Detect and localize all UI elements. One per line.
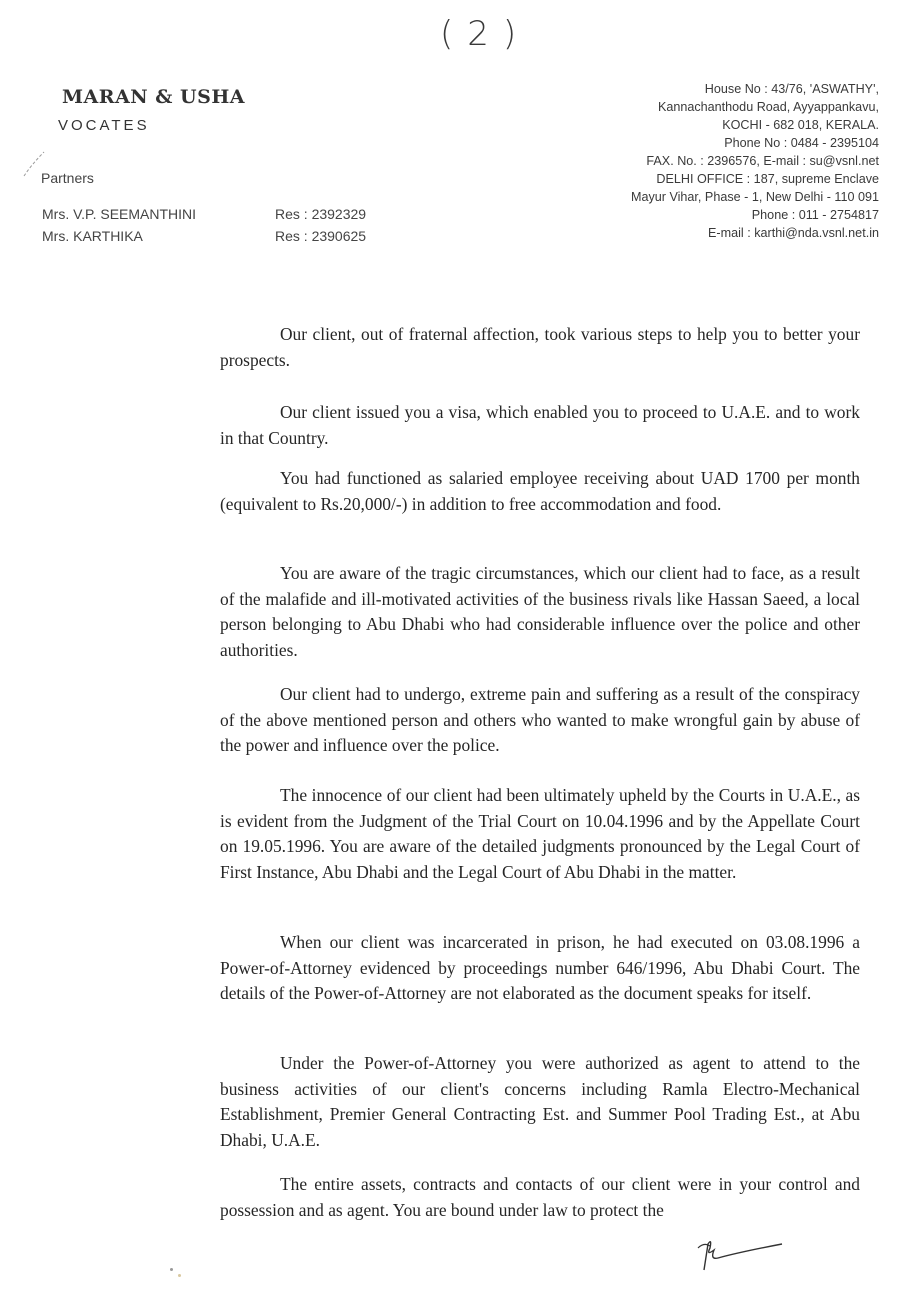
body-paragraph: Our client had to undergo, extreme pain …	[220, 682, 860, 759]
delhi-office-line: DELHI OFFICE : 187, supreme Enclave	[631, 170, 879, 188]
phone-line: Phone No : 0484 - 2395104	[631, 134, 879, 152]
firm-subtitle: VOCATES	[58, 117, 150, 134]
email-line: E-mail : karthi@nda.vsnl.net.in	[631, 224, 879, 242]
body-paragraph: The innocence of our client had been ult…	[220, 783, 860, 885]
address-line: Kannachanthodu Road, Ayyappankavu,	[631, 98, 879, 116]
firm-name: ​MARAN & USHA	[62, 86, 245, 108]
partner-row: Mrs. V.P. SEEMANTHINIRes : 2392329	[42, 206, 402, 222]
body-paragraph: Our client, out of fraternal affection, …	[220, 322, 860, 373]
scan-speck	[178, 1274, 181, 1277]
body-paragraph: Our client issued you a visa, which enab…	[220, 400, 860, 451]
partners-label: Partners	[41, 170, 94, 186]
address-block: House No : 43/76, 'ASWATHY', Kannachanth…	[631, 80, 879, 242]
partner-row: Mrs. KARTHIKARes : 2390625	[42, 228, 402, 244]
phone-line: Phone : 011 - 2754817	[631, 206, 879, 224]
partner-phone: Res : 2392329	[275, 206, 366, 222]
body-paragraph: The entire assets, contracts and contact…	[220, 1172, 860, 1223]
body-paragraph: Under the Power-of-Attorney you were aut…	[220, 1051, 860, 1153]
scan-speck	[170, 1268, 173, 1271]
page-number: (2)	[440, 14, 530, 54]
handwritten-signature-icon	[690, 1236, 790, 1276]
body-paragraph: You are aware of the tragic circumstance…	[220, 561, 860, 663]
address-line: Mayur Vihar, Phase - 1, New Delhi - 110 …	[631, 188, 879, 206]
body-paragraph: When our client was incarcerated in pris…	[220, 930, 860, 1007]
partner-phone: Res : 2390625	[275, 228, 366, 244]
partner-name: Mrs. KARTHIKA	[42, 228, 275, 244]
address-line: House No : 43/76, 'ASWATHY',	[631, 80, 879, 98]
body-paragraph: You had functioned as salaried employee …	[220, 466, 860, 517]
fax-email-line: FAX. No. : 2396576, E-mail : su@vsnl.net	[631, 152, 879, 170]
address-line: KOCHI - 682 018, KERALA.	[631, 116, 879, 134]
partner-name: Mrs. V.P. SEEMANTHINI	[42, 206, 275, 222]
